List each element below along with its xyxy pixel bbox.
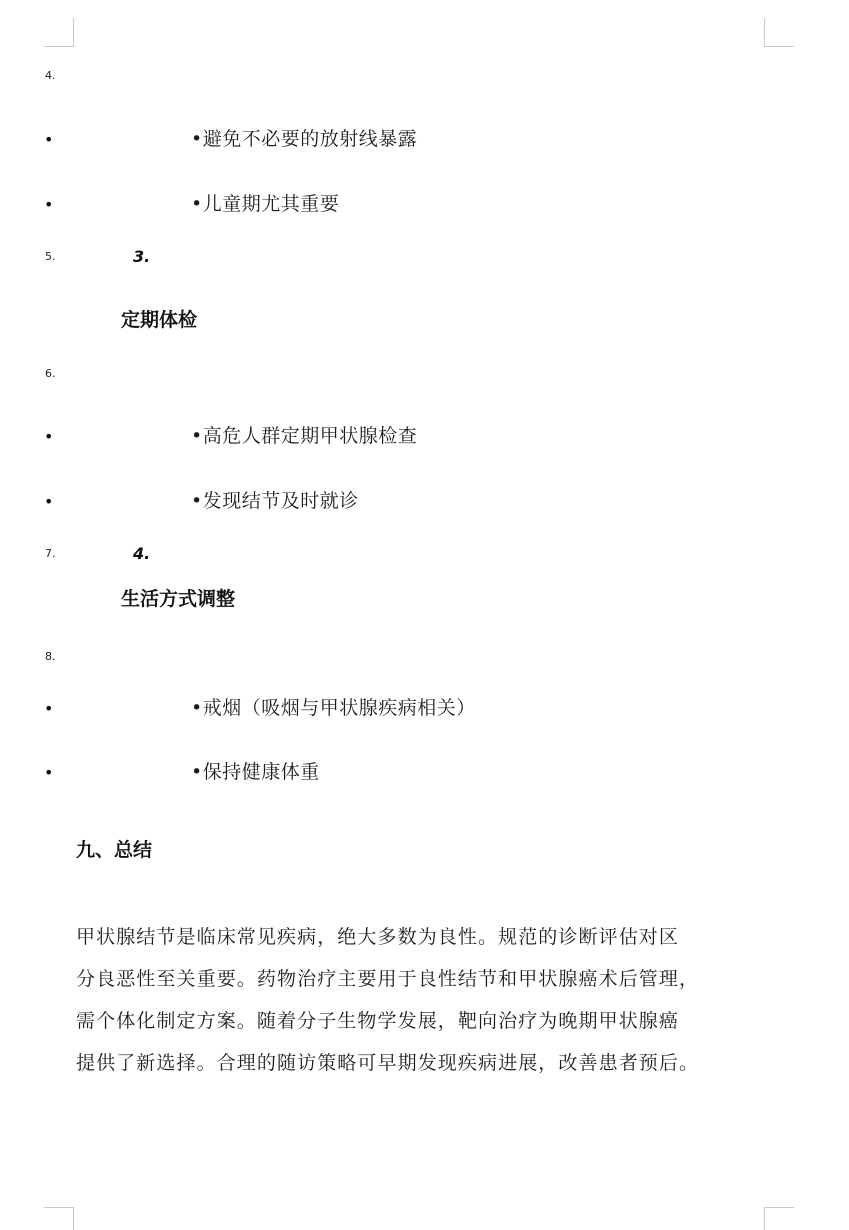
corner-mark-bottom-right	[764, 1207, 794, 1230]
paragraph-line: 甲状腺结节是临床常见疾病，绝大多数为良性。规范的诊断评估对区	[76, 916, 776, 958]
sub-number: 4.	[133, 545, 150, 563]
sub-number: 3.	[133, 248, 150, 266]
section-title: 九、总结	[76, 838, 152, 862]
list-item: •避免不必要的放射线暴露	[191, 127, 417, 151]
corner-mark-bottom-left	[44, 1207, 74, 1230]
list-item: •发现结节及时就诊	[191, 489, 359, 513]
outer-bullet: •	[44, 429, 53, 445]
list-item: •儿童期尤其重要	[191, 192, 339, 216]
corner-mark-top-right	[764, 18, 794, 47]
list-item: •高危人群定期甲状腺检查	[191, 424, 417, 448]
list-number: 7.	[45, 547, 56, 561]
paragraph-line: 提供了新选择。合理的随访策略可早期发现疾病进展，改善患者预后。	[76, 1042, 776, 1084]
outer-bullet: •	[44, 701, 53, 717]
corner-mark-top-left	[44, 18, 74, 47]
list-number: 5.	[45, 250, 56, 264]
paragraph-line: 分良恶性至关重要。药物治疗主要用于良性结节和甲状腺癌术后管理，	[76, 958, 776, 1000]
outer-bullet: •	[44, 132, 53, 148]
list-item: •戒烟（吸烟与甲状腺疾病相关）	[191, 696, 476, 720]
sub-heading: 生活方式调整	[121, 587, 235, 611]
list-number: 4.	[45, 69, 56, 83]
outer-bullet: •	[44, 494, 53, 510]
sub-heading: 定期体检	[121, 308, 197, 332]
outer-bullet: •	[44, 197, 53, 213]
outer-bullet: •	[44, 765, 53, 781]
list-number: 6.	[45, 367, 56, 381]
paragraph-line: 需个体化制定方案。随着分子生物学发展，靶向治疗为晚期甲状腺癌	[76, 1000, 776, 1042]
list-item: •保持健康体重	[191, 760, 320, 784]
document-page: 4. • •避免不必要的放射线暴露 • •儿童期尤其重要 5. 3. 定期体检 …	[0, 0, 849, 1230]
list-number: 8.	[45, 650, 56, 664]
summary-paragraph: 甲状腺结节是临床常见疾病，绝大多数为良性。规范的诊断评估对区 分良恶性至关重要。…	[76, 916, 776, 1084]
